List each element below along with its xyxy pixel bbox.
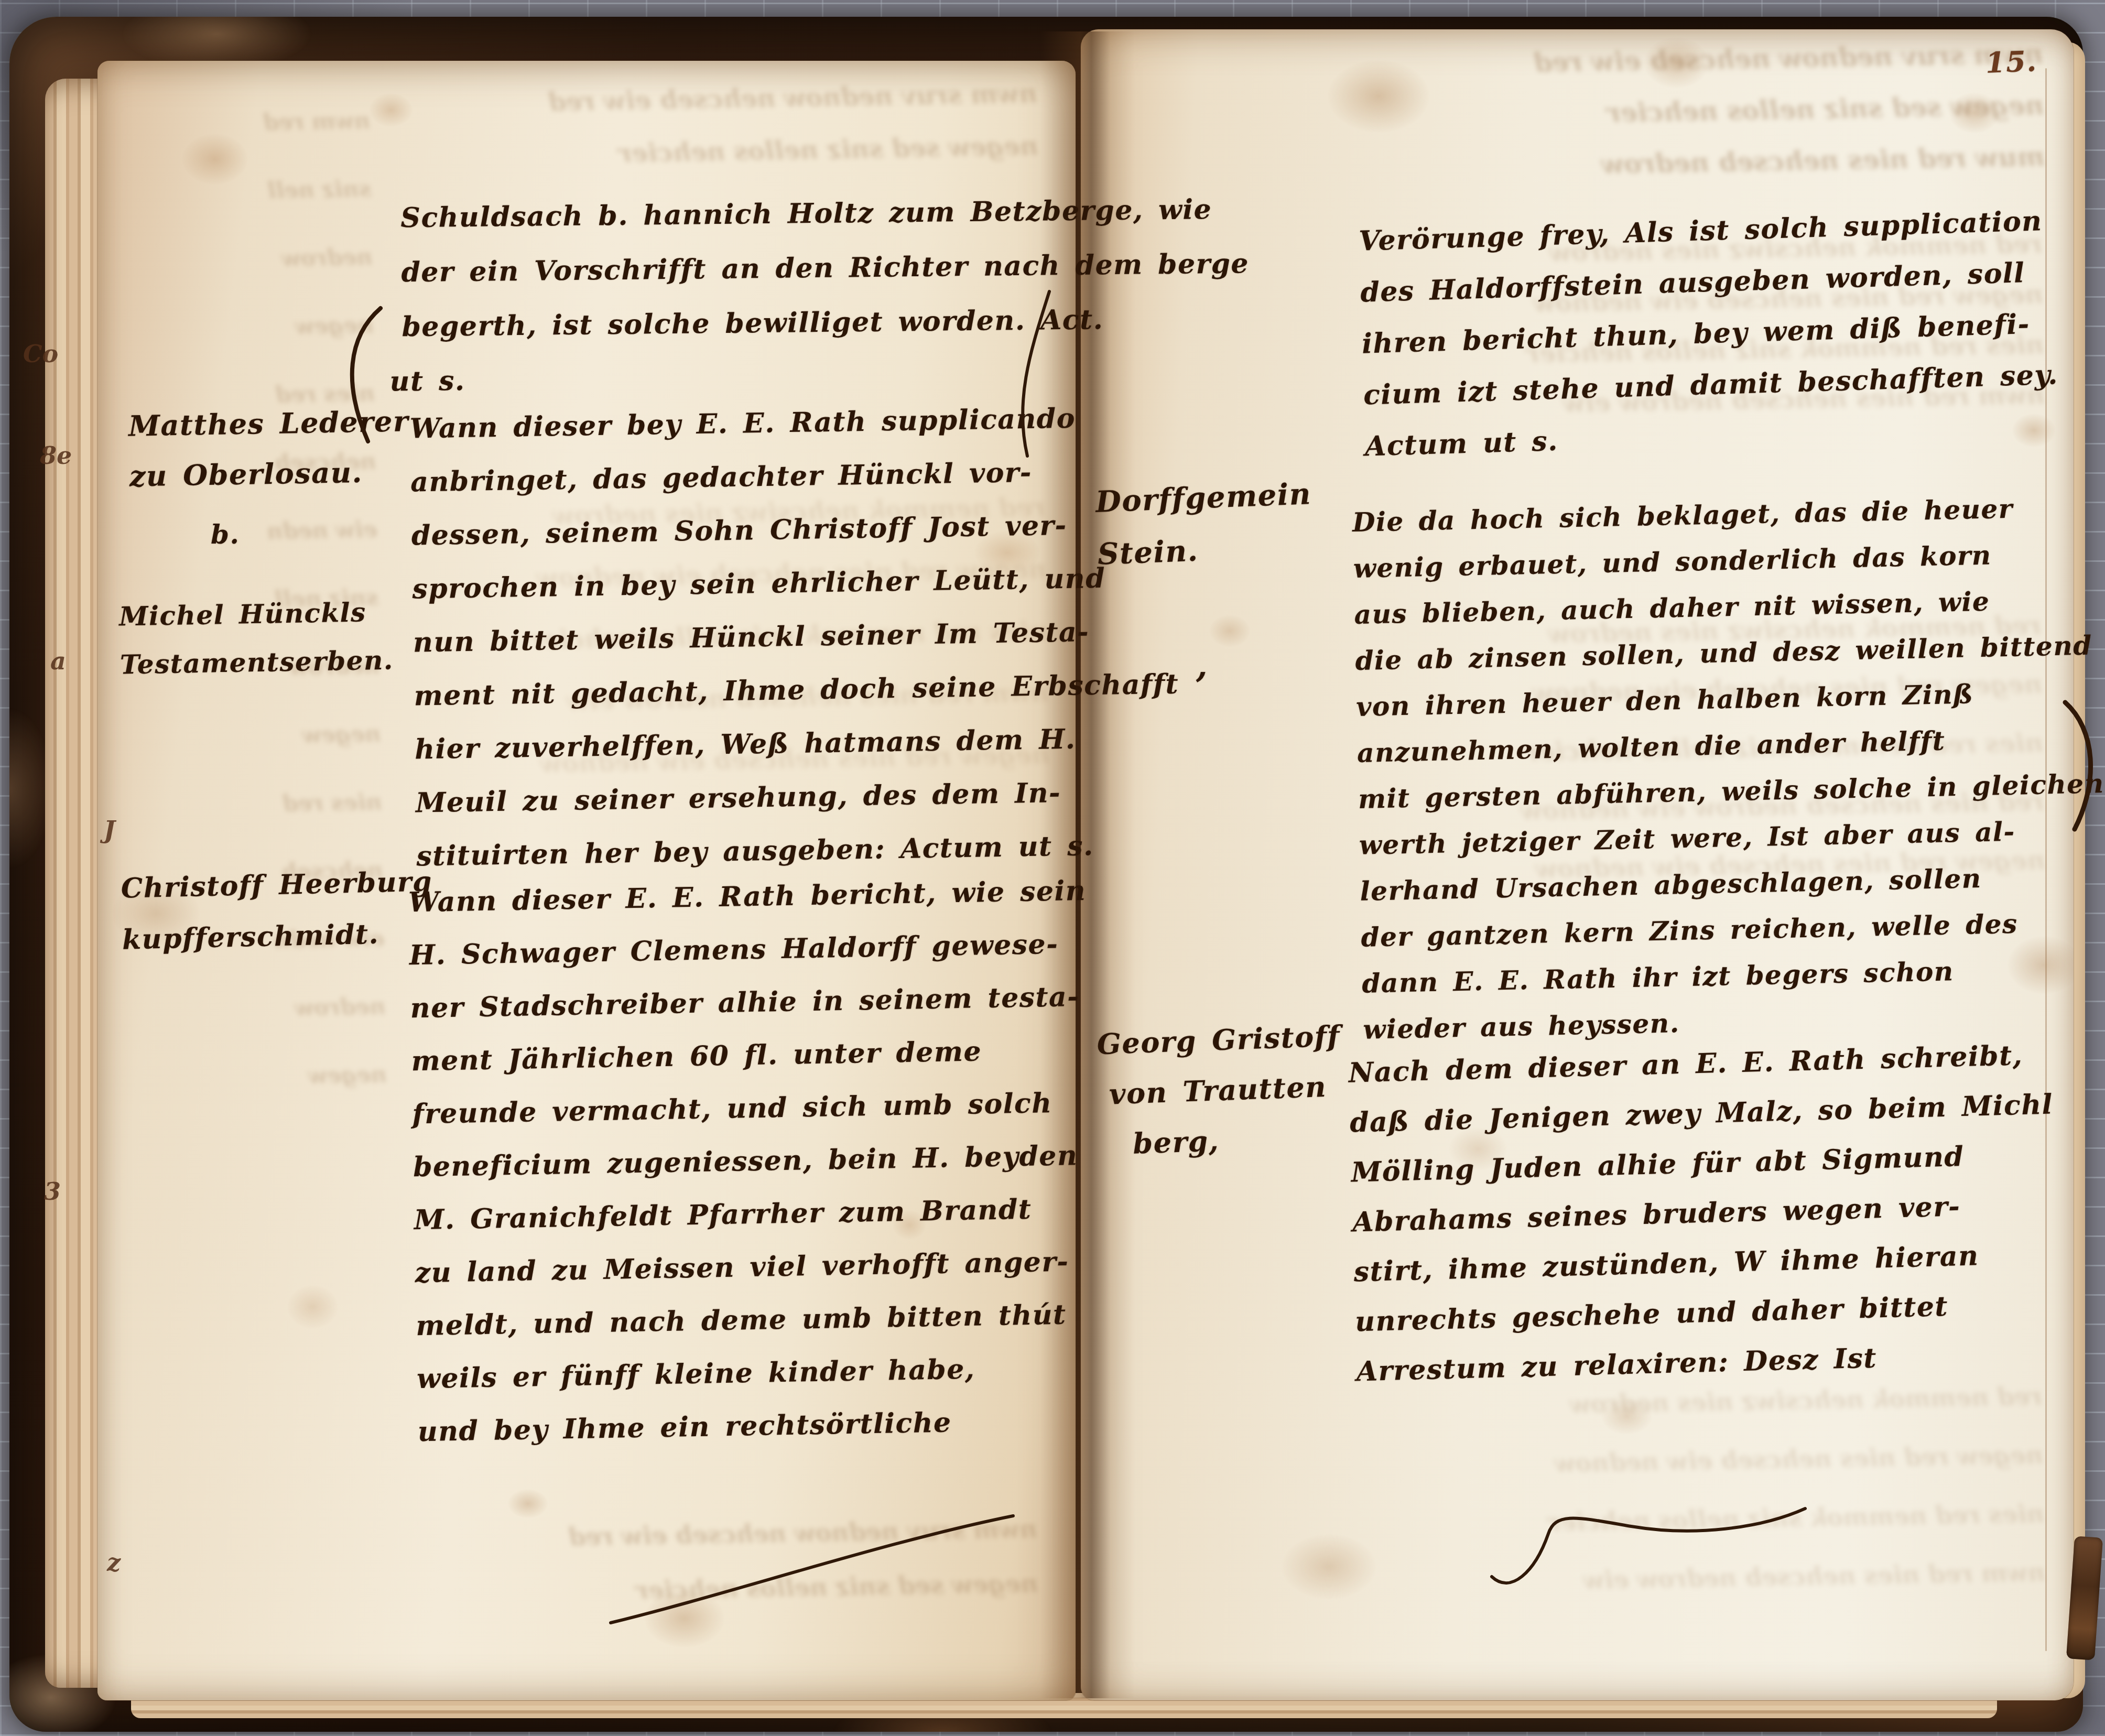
edge-letter-mark: J <box>104 816 115 844</box>
manuscript-line: Georg Gristoff <box>1096 1011 1341 1069</box>
manuscript-line: Testamentserben. <box>120 636 394 689</box>
margin-note-christoff-heerburg: Christoff Heerburgkupfferschmidt. <box>121 856 434 965</box>
act-descender-flourish <box>1006 287 1064 460</box>
manuscript-line: Christoff Heerburg <box>121 856 433 914</box>
manuscript-line: Stein. <box>1097 520 1314 581</box>
manuscript-line: zu Oberlosau. <box>129 446 410 501</box>
right-entry-2-text: Die da hoch sich beklaget, das die heuer… <box>1352 484 2105 1053</box>
edge-letter-mark: Co <box>23 340 58 368</box>
manuscript-line: Michel Hünckls <box>118 588 393 641</box>
edge-letter-mark: 8e <box>40 441 72 470</box>
right-entry-1-text: Verörunge frey, Als ist solch supplicati… <box>1358 195 2060 472</box>
left-entry-3-text: Wann dieser E. E. Rath bericht, wie sein… <box>408 864 1095 1458</box>
manuscript-line: berg, <box>1132 1111 1345 1169</box>
left-entry-end-flourish <box>600 1505 1019 1631</box>
margin-note-michel-hunckl: Michel HüncklsTestamentserben. <box>118 588 394 689</box>
manuscript-line: kupfferschmidt. <box>122 907 434 965</box>
right-entry-end-flourish <box>1474 1494 1815 1599</box>
margin-mark: b. <box>211 519 240 550</box>
edge-letter-mark: z <box>107 1548 121 1577</box>
right-entry-3-text: Nach dem dieser an E. E. Rath schreibt,d… <box>1348 1030 2060 1397</box>
manuscript-line: begerth, ist solche bewilliget worden. A… <box>402 291 1250 354</box>
manuscript-line: von Trautten <box>1108 1061 1342 1119</box>
left-entry-2-text: Wann dieser bey E. E. Rath supplicandoan… <box>409 390 1182 884</box>
manuscript-line: Dorffgemein <box>1094 468 1312 528</box>
margin-note-dorffgemein-stein: DorffgemeinStein. <box>1094 468 1314 581</box>
page-number: 15. <box>1985 44 2038 79</box>
manuscript-line: Schuldsach b. hannich Holtz zum Betzberg… <box>400 182 1249 245</box>
edge-letter-mark: 3 <box>44 1177 61 1206</box>
margin-comma-flourish: , <box>1196 647 1208 685</box>
left-entry-1-text: Schuldsach b. hannich Holtz zum Betzberg… <box>388 182 1251 409</box>
manuscript-line: der ein Vorschrifft an den Richter nach … <box>401 236 1250 300</box>
margin-note-georg-trauttenberg: Georg Gristoffvon Trauttenberg, <box>1096 1011 1344 1170</box>
ink-overshoot-stroke <box>2059 697 2105 834</box>
edge-letter-mark: a <box>50 647 66 675</box>
manuscript-line: b. <box>211 519 240 550</box>
bracket-flourish-ut-s <box>335 304 393 446</box>
